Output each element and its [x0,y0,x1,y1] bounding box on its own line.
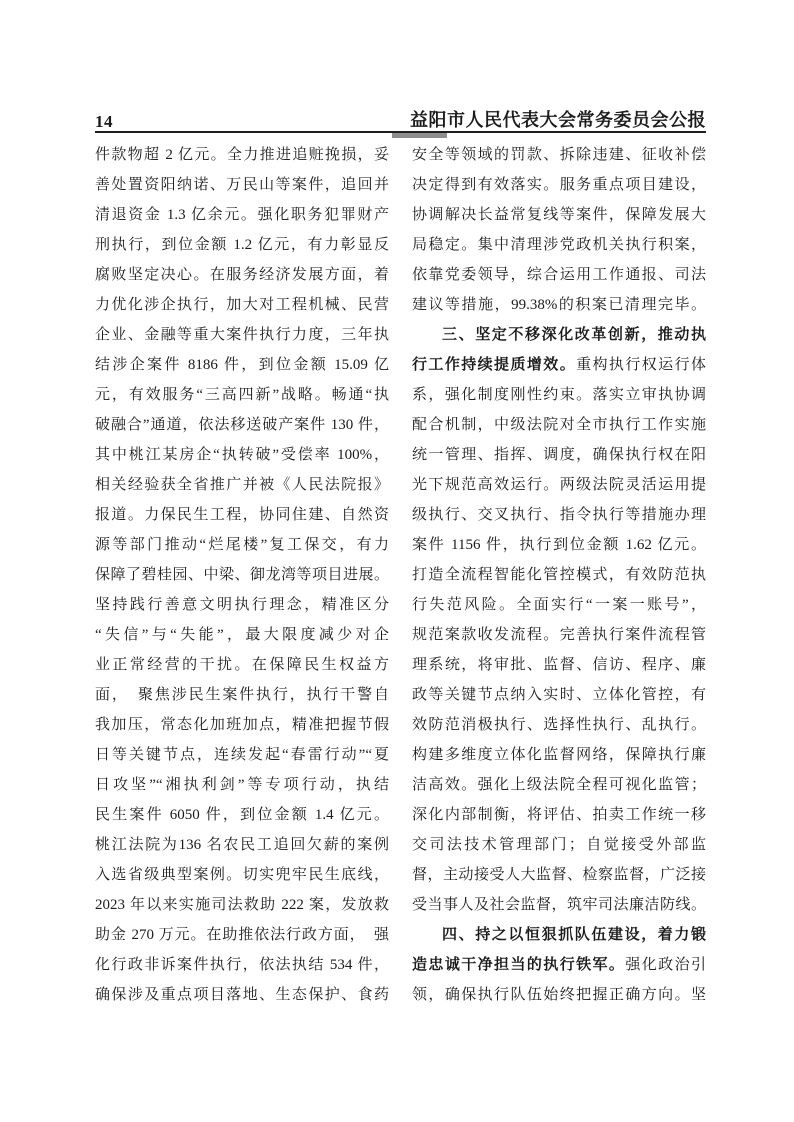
text-line: 打造全流程智能化管控模式，有效防范执 [412,560,706,590]
bold-heading-text: 三、坚定不移深化改革创新，推动执 [442,326,706,343]
text-line: 清退资金 1.3 亿余元。强化职务犯罪财产 [95,200,389,230]
body-text: 配合机制，中级法院对全市执行工作实施 [412,417,706,433]
text-line: 依靠党委领导，综合运用工作通报、司法 [412,260,706,290]
text-line: 结涉企案件 8186 件，到位金额 15.09 亿 [95,350,389,380]
text-line: 受当事人及社会监督，筑牢司法廉洁防线。 [412,890,706,920]
body-text: 建议等措施，99.38%的积案已清理完毕。 [412,297,706,313]
body-text: 腐败坚定决心。在服务经济发展方面，着 [95,267,389,283]
text-line: 光下规范高效运行。两级法院灵活运用提 [412,470,706,500]
text-line: 元，有效服务“三高四新”战略。畅通“执 [95,380,389,410]
bulletin-title: 益阳市人民代表大会常务委员会公报 [410,106,706,132]
body-text: 元，有效服务“三高四新”战略。畅通“执 [95,387,389,403]
text-line: 决定得到有效落实。服务重点项目建设， [412,170,706,200]
body-text: 洁高效。强化上级法院全程可视化监管； [412,777,706,793]
body-text: 重构执行权运行体 [576,357,706,373]
body-text: 善处置资阳纳诺、万民山等案件，追回并 [95,177,389,193]
scan-artifact-mark [392,133,447,138]
body-text: 力优化涉企执行，加大对工程机械、民营 [95,297,389,313]
text-line: 保障了碧桂园、中梁、御龙湾等项目进展。 [95,560,389,590]
text-line: 入选省级典型案例。切实兜牢民生底线， [95,860,389,890]
bold-heading-text: 四、持之以恒狠抓队伍建设，着力锻 [442,926,706,943]
body-text: 深化内部制衡，将评估、拍卖工作统一移 [412,807,706,823]
body-text: “失信”与“失能”，最大限度减少对企 [95,627,389,643]
body-text: 打造全流程智能化管控模式，有效防范执 [412,567,706,583]
body-text: 助金 270 万元。在助推依法行政方面， 强 [95,927,389,943]
text-line: 洁高效。强化上级法院全程可视化监管； [412,770,706,800]
text-line: 相关经验获全省推广并被《人民法院报》 [95,470,389,500]
text-line: 规范案款收发流程。完善执行案件流程管 [412,620,706,650]
text-line: 安全等领域的罚款、拆除违建、征收补偿 [412,140,706,170]
text-line: 民生案件 6050 件，到位金额 1.4 亿元。 [95,800,389,830]
text-line: 督，主动接受人大监督、检察监督，广泛接 [412,860,706,890]
text-line: 日攻坚”“湘执利剑”等专项行动，执结 [95,770,389,800]
text-line: “失信”与“失能”，最大限度减少对企 [95,620,389,650]
text-line: 协调解决长益常复线等案件，保障发展大 [412,200,706,230]
body-text: 领，确保执行队伍始终把握正确方向。坚 [412,987,706,1003]
body-text: 统一管理、指挥、调度，确保执行权在阳 [412,447,706,463]
body-text: 日等关键节点，连续发起“春雷行动”“夏 [95,747,389,763]
text-line: 效防范消极执行、选择性执行、乱执行。 [412,710,706,740]
body-text: 报道。力保民生工程，协同住建、自然资 [95,507,389,523]
text-line: 造忠诚干净担当的执行铁军。强化政治引 [412,950,706,980]
text-line: 企业、金融等重大案件执行力度，三年执 [95,320,389,350]
body-text: 案件 1156 件，执行到位金额 1.62 亿元。 [412,537,706,553]
body-text: 决定得到有效落实。服务重点项目建设， [412,177,706,193]
body-text: 安全等领域的罚款、拆除违建、征收补偿 [412,147,706,163]
body-text: 企业、金融等重大案件执行力度，三年执 [95,327,389,343]
body-text: 确保涉及重点项目落地、生态保护、食药 [95,987,389,1003]
text-line: 坚持践行善意文明执行理念，精准区分 [95,590,389,620]
body-text: 我加压，常态化加班加点，精准把握节假 [95,717,389,733]
text-body: 件款物超 2 亿元。全力推进追赃挽损，妥善处置资阳纳诺、万民山等案件，追回并清退… [95,140,706,1010]
text-line: 面， 聚焦涉民生案件执行，执行干警自 [95,680,389,710]
body-text: 刑执行，到位金额 1.2 亿元，有力彰显反 [95,237,389,253]
text-line: 领，确保执行队伍始终把握正确方向。坚 [412,980,706,1010]
page-number: 14 [95,112,113,132]
body-text: 保障了碧桂园、中梁、御龙湾等项目进展。 [95,567,389,583]
body-text: 协调解决长益常复线等案件，保障发展大 [412,207,706,223]
body-text: 坚持践行善意文明执行理念，精准区分 [95,597,389,613]
body-text: 化行政非诉案件执行，依法执结 534 件， [95,957,389,973]
text-line: 行工作持续提质增效。重构执行权运行体 [412,350,706,380]
bold-heading-text: 造忠诚干净担当的执行铁军。 [412,956,625,973]
text-line: 其中桃江某房企“执转破”受偿率 100%， [95,440,389,470]
body-text: 级执行、交叉执行、指令执行等措施办理 [412,507,706,523]
body-text: 构建多维度立体化监督网络，保障执行廉 [412,747,706,763]
text-line: 交司法技术管理部门；自觉接受外部监 [412,830,706,860]
text-line: 助金 270 万元。在助推依法行政方面， 强 [95,920,389,950]
text-line: 力优化涉企执行，加大对工程机械、民营 [95,290,389,320]
body-text: 件款物超 2 亿元。全力推进追赃挽损，妥 [95,147,389,163]
body-text: 光下规范高效运行。两级法院灵活运用提 [412,477,706,493]
text-line: 系，强化制度刚性约束。落实立审执协调 [412,380,706,410]
body-text: 结涉企案件 8186 件，到位金额 15.09 亿 [95,357,389,373]
body-text: 面， 聚焦涉民生案件执行，执行干警自 [95,687,389,703]
bold-heading-text: 行工作持续提质增效。 [412,356,576,373]
body-text: 民生案件 6050 件，到位金额 1.4 亿元。 [95,807,389,823]
body-text: 源等部门推动“烂尾楼”复工保交，有力 [95,537,389,553]
text-line: 源等部门推动“烂尾楼”复工保交，有力 [95,530,389,560]
text-line: 案件 1156 件，执行到位金额 1.62 亿元。 [412,530,706,560]
body-text: 依靠党委领导，综合运用工作通报、司法 [412,267,706,283]
text-line: 确保涉及重点项目落地、生态保护、食药 [95,980,389,1010]
text-line: 我加压，常态化加班加点，精准把握节假 [95,710,389,740]
text-line: 建议等措施，99.38%的积案已清理完毕。 [412,290,706,320]
text-line: 三、坚定不移深化改革创新，推动执 [412,320,706,350]
body-text: 2023 年以来实施司法救助 222 案，发放救 [95,897,389,913]
text-line: 件款物超 2 亿元。全力推进追赃挽损，妥 [95,140,389,170]
text-line: 破融合”通道，依法移送破产案件 130 件， [95,410,389,440]
text-line: 报道。力保民生工程，协同住建、自然资 [95,500,389,530]
body-text: 政等关键节点纳入实时、立体化管控，有 [412,687,706,703]
text-line: 配合机制，中级法院对全市执行工作实施 [412,410,706,440]
right-column: 安全等领域的罚款、拆除违建、征收补偿决定得到有效落实。服务重点项目建设，协调解决… [412,140,706,1010]
text-line: 理系统，将审批、监督、信访、程序、廉 [412,650,706,680]
body-text: 业正常经营的干扰。在保障民生权益方 [95,657,389,673]
left-column: 件款物超 2 亿元。全力推进追赃挽损，妥善处置资阳纳诺、万民山等案件，追回并清退… [95,140,389,1010]
text-line: 深化内部制衡，将评估、拍卖工作统一移 [412,800,706,830]
body-text: 破融合”通道，依法移送破产案件 130 件， [95,417,389,433]
body-text: 其中桃江某房企“执转破”受偿率 100%， [95,447,389,463]
body-text: 局稳定。集中清理涉党政机关执行积案， [412,237,706,253]
text-line: 构建多维度立体化监督网络，保障执行廉 [412,740,706,770]
body-text: 规范案款收发流程。完善执行案件流程管 [412,627,706,643]
text-line: 善处置资阳纳诺、万民山等案件，追回并 [95,170,389,200]
text-line: 2023 年以来实施司法救助 222 案，发放救 [95,890,389,920]
text-line: 政等关键节点纳入实时、立体化管控，有 [412,680,706,710]
text-line: 日等关键节点，连续发起“春雷行动”“夏 [95,740,389,770]
body-text: 入选省级典型案例。切实兜牢民生底线， [95,867,389,883]
body-text: 桃江法院为136 名农民工追回欠薪的案例 [95,837,389,853]
page-header: 14 益阳市人民代表大会常务委员会公报 [95,106,706,132]
body-text: 相关经验获全省推广并被《人民法院报》 [95,477,389,493]
text-line: 统一管理、指挥、调度，确保执行权在阳 [412,440,706,470]
body-text: 效防范消极执行、选择性执行、乱执行。 [412,717,706,733]
body-text: 受当事人及社会监督，筑牢司法廉洁防线。 [412,897,706,913]
body-text: 理系统，将审批、监督、信访、程序、廉 [412,657,706,673]
text-line: 业正常经营的干扰。在保障民生权益方 [95,650,389,680]
body-text: 清退资金 1.3 亿余元。强化职务犯罪财产 [95,207,389,223]
text-line: 四、持之以恒狠抓队伍建设，着力锻 [412,920,706,950]
body-text: 行失范风险。全面实行“一案一账号”， [412,597,706,613]
text-line: 刑执行，到位金额 1.2 亿元，有力彰显反 [95,230,389,260]
body-text: 日攻坚”“湘执利剑”等专项行动，执结 [95,777,389,793]
body-text: 系，强化制度刚性约束。落实立审执协调 [412,387,706,403]
text-line: 腐败坚定决心。在服务经济发展方面，着 [95,260,389,290]
text-line: 行失范风险。全面实行“一案一账号”， [412,590,706,620]
document-page: 14 益阳市人民代表大会常务委员会公报 件款物超 2 亿元。全力推进追赃挽损，妥… [0,0,794,1122]
text-line: 级执行、交叉执行、指令执行等措施办理 [412,500,706,530]
body-text: 强化政治引 [625,957,706,973]
text-line: 桃江法院为136 名农民工追回欠薪的案例 [95,830,389,860]
text-line: 化行政非诉案件执行，依法执结 534 件， [95,950,389,980]
text-line: 局稳定。集中清理涉党政机关执行积案， [412,230,706,260]
body-text: 督，主动接受人大监督、检察监督，广泛接 [412,867,706,883]
body-text: 交司法技术管理部门；自觉接受外部监 [412,837,706,853]
